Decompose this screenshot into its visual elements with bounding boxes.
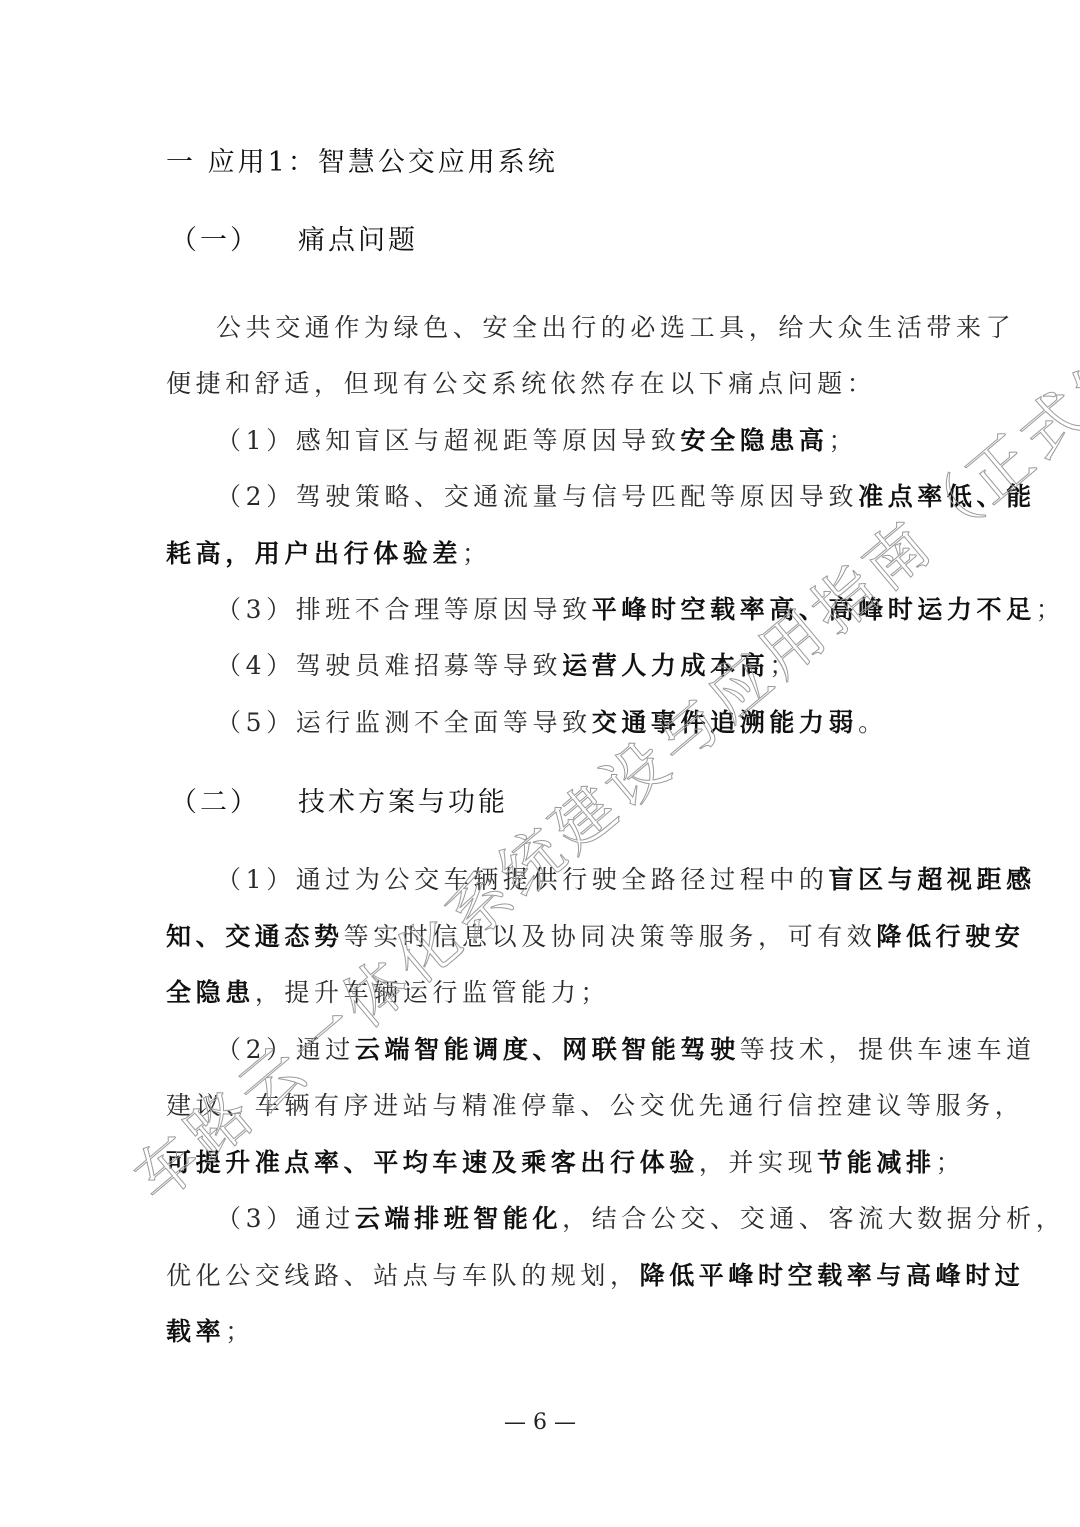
text: 等技术，提供车速车道 <box>740 1035 1036 1064</box>
section-number: （一） <box>170 225 260 256</box>
text: ，提升车辆运行监管能力； <box>255 978 610 1007</box>
solution-p3-line3: 载率； <box>166 1312 255 1348</box>
section-title-pain-points: （一）痛点问题 <box>170 218 418 257</box>
text: （2）通过 <box>216 1035 355 1064</box>
solution-p1-line1: （1）通过为公交车辆提供行驶全路径过程中的盲区与超视距感 <box>216 860 1036 896</box>
item-punct: ； <box>462 539 492 568</box>
emphasis: 可提升准点率、平均车速及乘客出行体验 <box>166 1148 699 1177</box>
text: ； <box>225 1317 255 1346</box>
solution-p2-line2: 建议、车辆有序进站与精准停靠、公交优先通行信控建议等服务， <box>166 1086 1024 1122</box>
page-number: — 6 — <box>0 1410 1080 1435</box>
solution-p3-line1: （3）通过云端排班智能化，结合公交、交通、客流大数据分析， <box>216 1199 1065 1235</box>
text: ； <box>936 1148 966 1177</box>
text: （1）通过为公交车辆提供行驶全路径过程中的 <box>216 865 829 894</box>
item-text: （5）运行监测不全面等导致 <box>216 708 592 737</box>
section-number: （二） <box>170 787 260 818</box>
item-punct: ； <box>1036 595 1066 624</box>
item-emphasis: 运营人力成本高 <box>562 651 769 680</box>
pain-point-item-5: （5）运行监测不全面等导致交通事件追溯能力弱。 <box>216 703 888 739</box>
section-title-text: 痛点问题 <box>298 225 418 256</box>
section-title-text: 技术方案与功能 <box>298 787 508 818</box>
item-punct: ； <box>769 651 799 680</box>
section-title-tech-solution: （二）技术方案与功能 <box>170 780 508 819</box>
text: （3）通过 <box>216 1204 355 1233</box>
item-emphasis: 安全隐患高 <box>681 426 829 455</box>
emphasis: 降低行驶安 <box>876 922 1024 951</box>
emphasis: 知、交通态势 <box>166 922 344 951</box>
item-punct: ； <box>829 426 859 455</box>
text: ，并实现 <box>699 1148 817 1177</box>
emphasis: 云端排班智能化 <box>355 1204 562 1233</box>
item-text: （3）排班不合理等原因导致 <box>216 595 592 624</box>
item-emphasis: 平峰时空载率高、高峰时运力不足 <box>592 595 1036 624</box>
item-emphasis: 准点率低、能 <box>858 482 1036 511</box>
emphasis: 降低平峰时空载率与高峰时过 <box>640 1261 1025 1290</box>
pain-point-item-2: （2）驾驶策略、交通流量与信号匹配等原因导致准点率低、能 <box>216 477 1036 513</box>
intro-paragraph-line1: 公共交通作为绿色、安全出行的必选工具，给大众生活带来了 <box>216 308 1015 344</box>
text: 优化公交线路、站点与车队的规划， <box>166 1261 640 1290</box>
pain-point-item-1: （1）感知盲区与超视距等原因导致安全隐患高； <box>216 421 858 457</box>
solution-p3-line2: 优化公交线路、站点与车队的规划，降低平峰时空载率与高峰时过 <box>166 1256 1024 1292</box>
item-text: （1）感知盲区与超视距等原因导致 <box>216 426 681 455</box>
page-heading: 一 应用1：智慧公交应用系统 <box>166 140 558 179</box>
item-text: （2）驾驶策略、交通流量与信号匹配等原因导致 <box>216 482 858 511</box>
item-text: （4）驾驶员难招募等导致 <box>216 651 562 680</box>
item-punct: 。 <box>858 708 888 737</box>
text: 等实时信息以及协同决策等服务，可有效 <box>344 922 877 951</box>
pain-point-item-3: （3）排班不合理等原因导致平峰时空载率高、高峰时运力不足； <box>216 590 1065 626</box>
solution-p2-line1: （2）通过云端智能调度、网联智能驾驶等技术，提供车速车道 <box>216 1030 1036 1066</box>
emphasis: 云端智能调度、网联智能驾驶 <box>355 1035 740 1064</box>
pain-point-item-2-cont: 耗高，用户出行体验差； <box>166 534 492 570</box>
item-emphasis: 耗高，用户出行体验差 <box>166 539 462 568</box>
document-page: 一 应用1：智慧公交应用系统 （一）痛点问题 公共交通作为绿色、安全出行的必选工… <box>0 0 1080 1527</box>
intro-paragraph-line2: 便捷和舒适，但现有公交系统依然存在以下痛点问题： <box>166 364 876 400</box>
text: ，结合公交、交通、客流大数据分析， <box>562 1204 1065 1233</box>
solution-p2-line3: 可提升准点率、平均车速及乘客出行体验，并实现节能减排； <box>166 1143 965 1179</box>
item-emphasis: 交通事件追溯能力弱 <box>592 708 858 737</box>
solution-p1-line3: 全隐患，提升车辆运行监管能力； <box>166 973 610 1009</box>
solution-p1-line2: 知、交通态势等实时信息以及协同决策等服务，可有效降低行驶安 <box>166 917 1024 953</box>
emphasis: 全隐患 <box>166 978 255 1007</box>
emphasis: 节能减排 <box>817 1148 935 1177</box>
emphasis: 盲区与超视距感 <box>829 865 1036 894</box>
pain-point-item-4: （4）驾驶员难招募等导致运营人力成本高； <box>216 646 799 682</box>
emphasis: 载率 <box>166 1317 225 1346</box>
